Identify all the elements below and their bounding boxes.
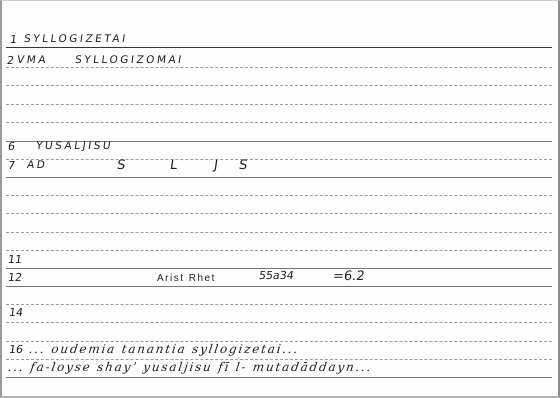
line-number: 11: [7, 253, 23, 266]
line-number: 14: [8, 306, 24, 319]
greek-quote: ... oudemia tanantia syllogizetai...: [28, 342, 300, 356]
source-reference: Arist Rhet: [157, 273, 216, 284]
line-number: 16: [8, 343, 24, 356]
ruled-line: [6, 250, 552, 251]
line-number: 2: [6, 54, 15, 67]
ruled-line: [6, 122, 552, 123]
line-number: 12: [7, 271, 23, 284]
line-number: 7: [7, 159, 16, 172]
entry-prefix: VMA: [16, 54, 49, 66]
ruled-line: [6, 232, 552, 233]
ruled-line: [6, 159, 552, 160]
arabic-translit: YUSALJISU: [35, 140, 114, 152]
page-reference: 55a34: [258, 269, 295, 282]
ruled-line: [6, 377, 552, 378]
index-card: 1 SYLLOGIZETAI 2 VMA SYLLOGIZOMAI 6 YUSA…: [0, 0, 560, 398]
ruled-line: [6, 85, 552, 86]
entry-code: AD: [26, 159, 48, 171]
headword: SYLLOGIZETAI: [23, 33, 128, 45]
entry-word: SYLLOGIZOMAI: [74, 54, 184, 66]
ruled-line: [6, 177, 552, 178]
ruled-line: [6, 67, 552, 68]
ruled-line: [6, 286, 552, 287]
ruled-line: [6, 104, 552, 105]
ruled-line: [6, 195, 552, 196]
ruled-line: [6, 304, 552, 305]
source-mark: S: [116, 158, 128, 173]
line-number: 1: [9, 33, 18, 46]
arabic-quote: ... fa-loyse shayʾ yusaljisu fī l- mutad…: [7, 360, 373, 374]
ruled-line: [6, 47, 552, 48]
source-mark: L: [169, 158, 180, 173]
section-reference: =6.2: [332, 269, 366, 284]
source-mark: J: [213, 158, 221, 173]
line-number: 6: [7, 140, 16, 153]
ruled-line: [6, 322, 552, 323]
source-mark: S: [238, 158, 250, 173]
ruled-line: [6, 213, 552, 214]
